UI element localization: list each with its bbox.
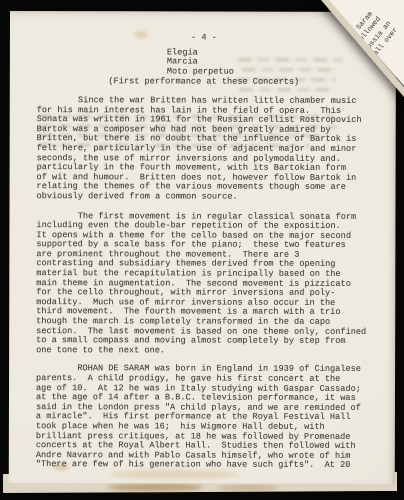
- stain-mark: [108, 483, 203, 491]
- programme-notes-page: - 4 - Elegia Marcia Moto perpetuo (First…: [9, 11, 396, 484]
- scanned-programme-photo: - 4 - Elegia Marcia Moto perpetuo (First…: [0, 0, 404, 500]
- paragraph-rohan-de-saram-bio: ROHAN DE SARAM was born in England in 19…: [36, 364, 370, 470]
- stain-mark: [218, 485, 278, 491]
- first-performance-note: (First performance at these Concerts): [37, 77, 371, 87]
- paragraph-movement-analysis: The first movement is in regular classic…: [36, 212, 370, 357]
- page-number: - 4 -: [37, 33, 371, 43]
- paragraph-britten-sonata: Since the war Britten has written little…: [37, 96, 371, 202]
- stain-mark: [109, 469, 239, 479]
- movement-titles: Elegia Marcia Moto perpetuo: [37, 48, 371, 78]
- page-content: - 4 - Elegia Marcia Moto perpetuo (First…: [36, 33, 371, 471]
